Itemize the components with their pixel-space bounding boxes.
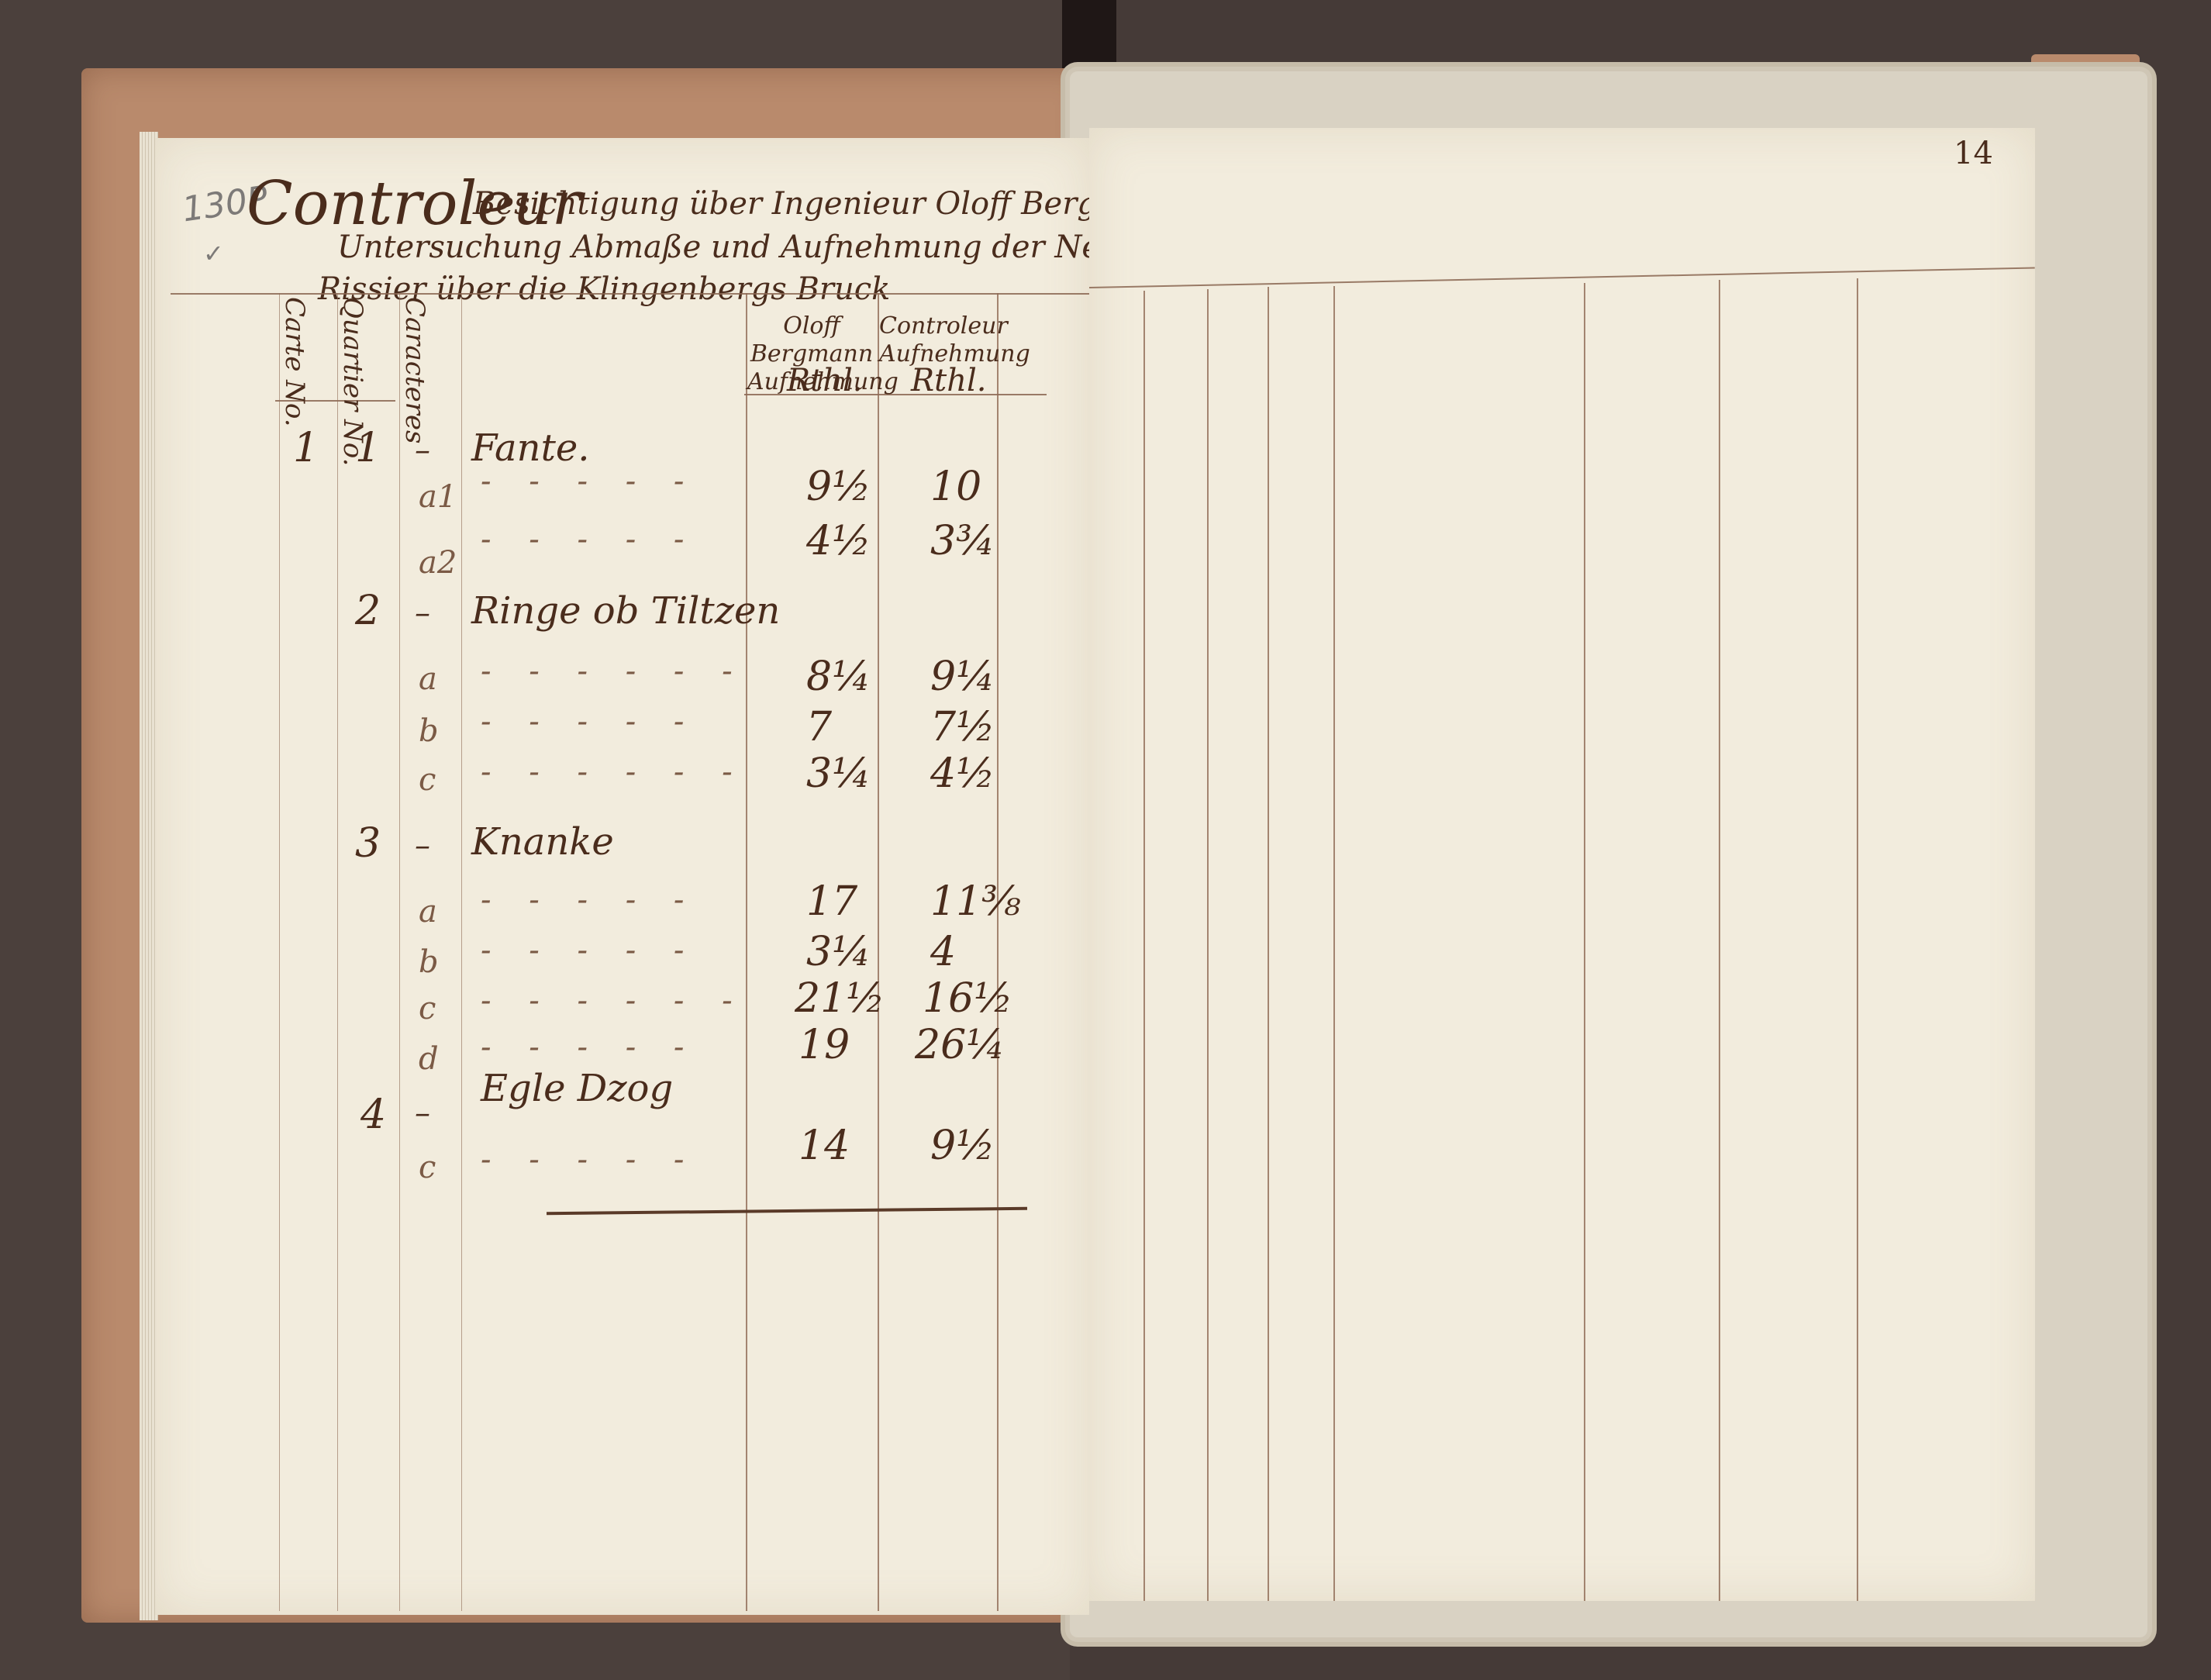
col-rule-7 — [997, 293, 999, 1611]
header-top-rule — [171, 293, 1089, 295]
cell-char: c — [419, 991, 436, 1026]
cell-bergman: 14 — [799, 1123, 850, 1169]
right-col-rule-7 — [1857, 278, 1858, 1601]
closing-rule — [547, 1207, 1027, 1215]
col-rule-6 — [878, 293, 879, 1611]
right-col-rule-6 — [1719, 280, 1720, 1601]
cell-bergman: 7 — [806, 704, 832, 750]
cell-char: b — [419, 713, 439, 749]
cell-char: a — [419, 894, 437, 930]
cell-quartier: 1 — [355, 425, 381, 471]
cell-name: - - - - - - — [481, 754, 747, 790]
cell-name: - - - - - — [481, 522, 698, 557]
cell-name: Ringe ob Tiltzen — [471, 589, 780, 633]
cell-bergman: 17 — [806, 878, 857, 925]
right-col-rule-2 — [1207, 289, 1209, 1601]
col-header-caracteres: Caracteres — [399, 297, 430, 443]
col-rule-1 — [279, 293, 280, 1611]
cell-char: a2 — [419, 545, 457, 581]
cell-name: - - - - - — [481, 464, 698, 499]
cell-char: – — [415, 595, 430, 631]
cell-char: d — [419, 1041, 439, 1077]
cell-char: – — [415, 1095, 430, 1131]
cell-char: b — [419, 944, 439, 980]
cell-controleur: 11⅜ — [930, 878, 1021, 925]
cell-bergman: 19 — [799, 1022, 850, 1068]
col-rule-4 — [461, 293, 462, 1611]
cell-controleur: 26¼ — [915, 1022, 1005, 1068]
cell-controleur: 3¾ — [930, 518, 995, 564]
right-col-rule-4 — [1333, 286, 1335, 1601]
cell-name: - - - - - — [481, 1142, 698, 1178]
cell-quartier: 2 — [355, 588, 381, 634]
cell-carte: 1 — [293, 425, 319, 471]
cell-name: - - - - - — [481, 1030, 698, 1065]
cell-controleur: 10 — [930, 464, 981, 510]
cell-name: - - - - - — [481, 933, 698, 968]
cell-char: c — [419, 762, 436, 798]
cell-char: c — [419, 1150, 436, 1185]
right-col-rule-3 — [1268, 287, 1269, 1601]
left-page: 130P ✓ Controleur Besichtigung über Inge… — [155, 138, 1089, 1615]
cell-controleur: 16½ — [923, 975, 1013, 1022]
right-col-rule-5 — [1584, 283, 1585, 1601]
cell-name: - - - - - - — [481, 983, 747, 1019]
cell-char: a1 — [419, 479, 457, 515]
page-number: 14 — [1954, 136, 1993, 171]
cell-quartier: 4 — [360, 1092, 386, 1138]
cell-controleur: 9½ — [930, 1123, 995, 1169]
col-rule-5 — [746, 293, 747, 1611]
cell-controleur: 9¼ — [930, 654, 995, 700]
cell-name: Knanke — [471, 820, 614, 864]
cell-char: – — [415, 433, 430, 468]
cell-bergman: 3¼ — [806, 929, 871, 975]
col-rule-3 — [399, 293, 400, 1611]
cell-bergman: 21½ — [795, 975, 885, 1022]
col-rule-2 — [337, 293, 338, 1611]
cell-bergman: 8¼ — [806, 654, 871, 700]
cell-name: - - - - - — [481, 882, 698, 918]
cell-char: a — [419, 661, 437, 697]
right-col-rule-1 — [1143, 291, 1145, 1601]
cell-bergman: 3¼ — [806, 750, 871, 797]
cell-controleur: 4 — [930, 929, 956, 975]
col-header-controleur: Controleur Aufnehmung — [879, 312, 995, 368]
cell-name: Egle Dzog — [481, 1067, 673, 1110]
cell-quartier: 3 — [355, 820, 381, 867]
col-header-carte: Carte No. — [279, 297, 310, 427]
title-line-1: Besichtigung über Ingenieur Oloff Bergma… — [473, 186, 1164, 222]
right-page: 14 — [1089, 128, 2035, 1601]
cell-name: - - - - - - — [481, 654, 747, 689]
col-unit-bergman: Rthl. — [787, 363, 862, 398]
margin-check-mark: ✓ — [203, 239, 224, 268]
cell-bergman: 9½ — [806, 464, 871, 510]
cell-controleur: 4½ — [930, 750, 995, 797]
cell-bergman: 4½ — [806, 518, 871, 564]
right-header-rule — [1089, 267, 2035, 288]
cell-name: - - - - - — [481, 704, 698, 740]
col-unit-controleur: Rthl. — [911, 363, 986, 398]
cell-char: – — [415, 828, 430, 864]
cell-controleur: 7½ — [930, 704, 995, 750]
